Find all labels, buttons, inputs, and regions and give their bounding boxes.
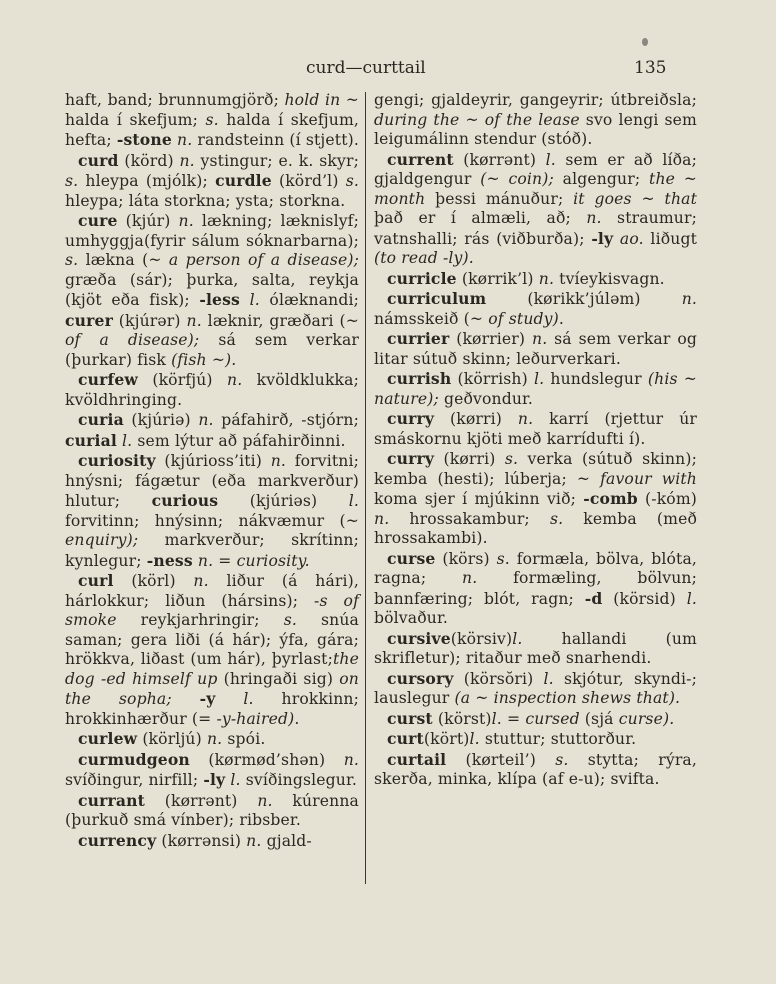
dictionary-entry-curry: curry (kørri) s. verka (sútuð skinn); ke…: [374, 449, 697, 549]
header-guide-words: curd—curttail: [306, 58, 426, 78]
dictionary-entry-cure: cure (kjúr) n. lækning; læknislyf; umhyg…: [65, 211, 359, 370]
dictionary-entry-cursive: cursive(körsiv)l. hallandi (um skrifletu…: [374, 629, 697, 669]
dictionary-entry-currant: currant (kørrənt) n. kúrenna (þurkuð smá…: [65, 791, 359, 831]
dictionary-entry-curia: curia (kjúriə) n. páfahirð, -stjórn; cur…: [65, 410, 359, 451]
dictionary-entry-curt: curt(kört)l. stuttur; stuttorður.: [374, 729, 697, 750]
entry-continuation: gengi; gjaldeyrir, gangeyrir; útbreiðsla…: [374, 91, 697, 150]
dictionary-entry-curriculum: curriculum (kørikk’júləm) n. námsskeið (…: [374, 289, 697, 329]
column-divider: [365, 92, 366, 884]
ink-speck: [642, 38, 648, 46]
dictionary-entry-curricle: curricle (kørrik’l) n. tvíeykisvagn.: [374, 269, 697, 290]
dictionary-entry-current: current (kørrənt) l. sem er að líða; gja…: [374, 150, 697, 269]
dictionary-entry-curiosity: curiosity (kjúrioss’iti) n. forvitni; hn…: [65, 451, 359, 571]
right-column: gengi; gjaldeyrir, gangeyrir; útbreiðsla…: [374, 91, 697, 790]
dictionary-entry-currier: currier (kørrier) n. sá sem verkar og li…: [374, 329, 697, 369]
dictionary-entry-currish: currish (körrish) l. hundslegur (his ~ n…: [374, 369, 697, 409]
dictionary-entry-curtail: curtail (kørteil’) s. stytta; rýra, sker…: [374, 750, 697, 790]
dictionary-entry-curst: curst (körst)l. = cursed (sjá curse).: [374, 709, 697, 730]
dictionary-entry-curmudgeon: curmudgeon (kørmød’shən) n. svíðingur, n…: [65, 750, 359, 791]
left-column: haft, band; brunnumgjörð; hold in ~ hald…: [65, 91, 359, 851]
dictionary-entry-cursory: cursory (körsŏri) l. skjótur, skyndi-; l…: [374, 669, 697, 709]
dictionary-entry-curfew: curfew (körfjú) n. kvöldklukka; kvöldhri…: [65, 370, 359, 410]
page-number: 135: [634, 58, 666, 78]
dictionary-entry-curlew: curlew (körljú) n. spói.: [65, 729, 359, 750]
dictionary-entry-curry: curry (kørri) n. karrí (rjettur úr smásk…: [374, 409, 697, 449]
dictionary-entry-curl: curl (körl) n. liður (á hári), hárlokkur…: [65, 571, 359, 729]
dictionary-entry-curd: curd (körd) n. ystingur; e. k. skyr; s. …: [65, 151, 359, 212]
running-header: curd—curttail 135: [0, 58, 776, 82]
dictionary-entry-curse: curse (körs) s. formæla, bölva, blóta, r…: [374, 549, 697, 629]
dictionary-entry-currency: currency (kørrənsi) n. gjald-: [65, 831, 359, 852]
entry-continuation: haft, band; brunnumgjörð; hold in ~ hald…: [65, 91, 359, 151]
dictionary-page: curd—curttail 135 haft, band; brunnumgjö…: [0, 0, 776, 984]
